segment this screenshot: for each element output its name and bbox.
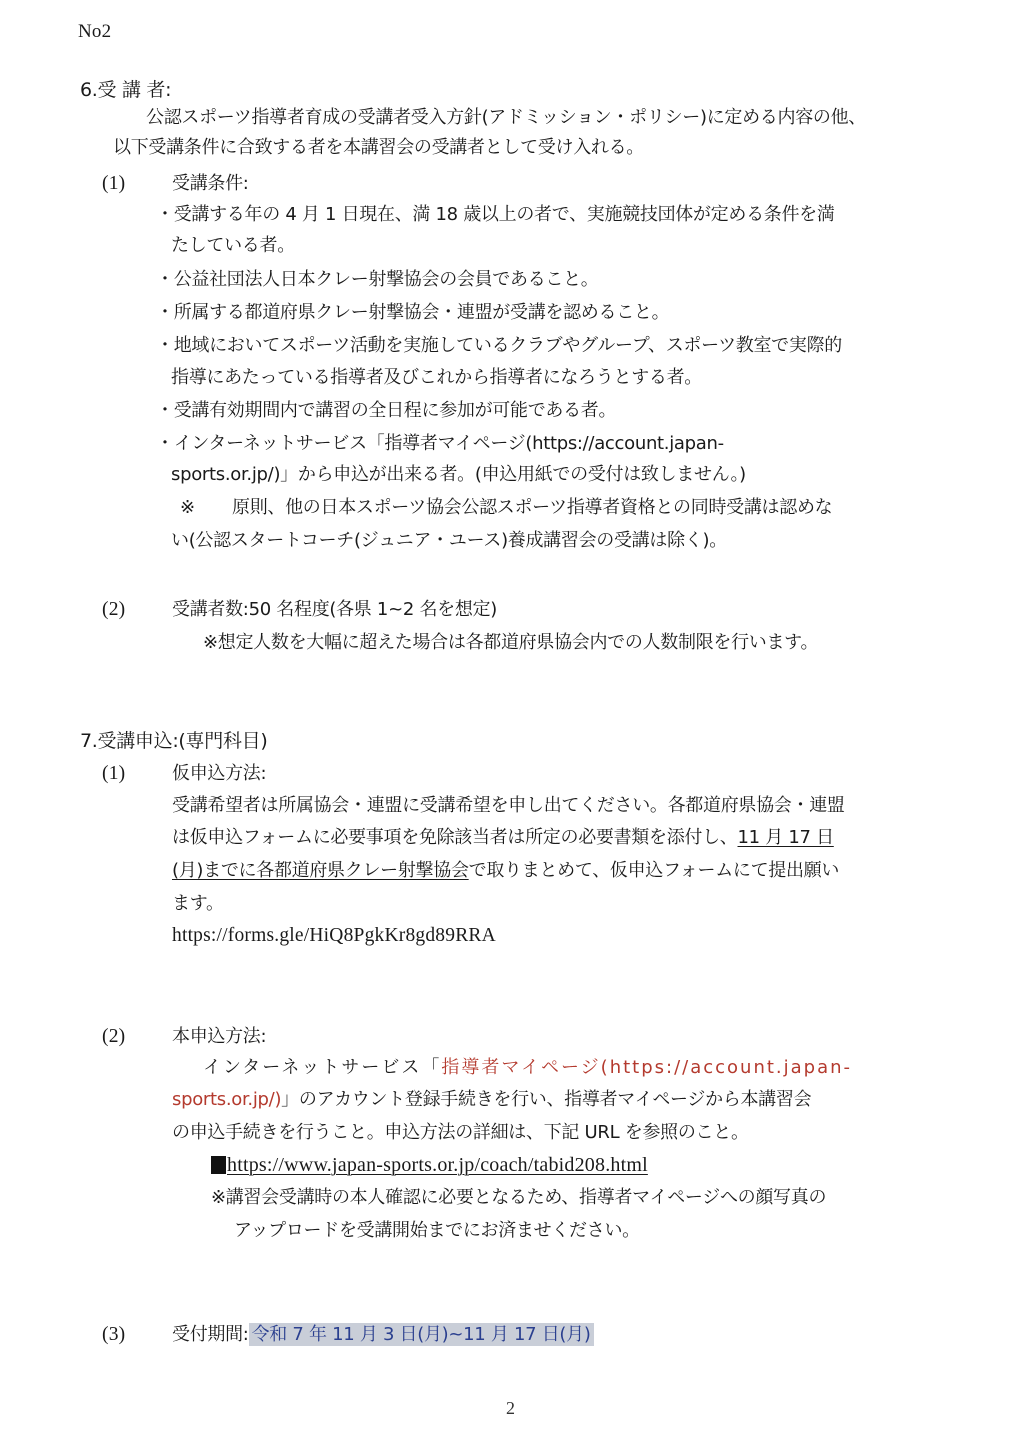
condition-line: ・受講する年の 4 月 1 日現在、満 18 歳以上の者で、実施競技団体が定める… <box>156 201 835 229</box>
coach-url-link[interactable]: https://www.japan-sports.or.jp/coach/tab… <box>227 1154 648 1176</box>
page-number: 2 <box>506 1398 515 1419</box>
section-7-sub2-number: (2) <box>102 1023 125 1051</box>
mypage-link-part1[interactable]: 指導者マイページ(https://account.japan- <box>441 1057 852 1078</box>
section-6-heading: 6.受 講 者: <box>80 76 171 104</box>
provisional-line2-text: は仮申込フォームに必要事項を免除該当者は所定の必要書類を添付し、 <box>172 827 738 848</box>
section-6-intro-line2: 以下受講条件に合致する者を本講習会の受講者として受け入れる。 <box>113 134 644 162</box>
section-6-sub2-number: (2) <box>102 596 125 624</box>
condition-line: たしている者。 <box>171 232 295 260</box>
section-6-sub2-note: ※想定人数を大幅に超えた場合は各都道府県協会内での人数制限を行います。 <box>203 629 818 657</box>
section-7-sub3-number: (3) <box>102 1321 125 1349</box>
condition-line: sports.or.jp/)」から申込が出来る者。(申込用紙での受付は致しません… <box>171 461 746 489</box>
provisional-line3: (月)までに各都道府県クレー射撃協会で取りまとめて、仮申込フォームにて提出願い <box>172 857 839 885</box>
provisional-line2: は仮申込フォームに必要事項を免除該当者は所定の必要書類を添付し、11 月 17 … <box>172 824 834 852</box>
provisional-line1: 受講希望者は所属協会・連盟に受講希望を申し出てください。各都道府県協会・連盟 <box>172 792 845 820</box>
black-square-bullet-icon <box>211 1156 226 1174</box>
reception-period-label: 受付期間: <box>172 1324 249 1345</box>
section-6-sub2-title: 受講者数:50 名程度(各県 1~2 名を想定) <box>172 596 497 624</box>
section-7-sub3-row: 受付期間:令和 7 年 11 月 3 日(月)~11 月 17 日(月) <box>172 1321 594 1349</box>
section-7-heading: 7.受講申込:(専門科目) <box>80 727 267 755</box>
condition-line: ・公益社団法人日本クレー射撃協会の会員であること。 <box>156 266 599 294</box>
section-6-sub1-number: (1) <box>102 170 125 198</box>
provisional-line3-text: で取りまとめて、仮申込フォームにて提出願い <box>469 860 839 881</box>
condition-line: ・地域においてスポーツ活動を実施しているクラブやグループ、スポーツ教室で実際的 <box>156 332 842 360</box>
note-line2: い(公認スタートコーチ(ジュニア・ユース)養成講習会の受講は除く)。 <box>171 527 727 555</box>
section-7-sub1-title: 仮申込方法: <box>172 760 266 788</box>
section-6-sub1-title: 受講条件: <box>172 170 249 198</box>
note-line1: 原則、他の日本スポーツ協会公認スポーツ指導者資格との同時受講は認めな <box>232 494 832 522</box>
deadline-note: (月)までに各都道府県クレー射撃協会 <box>172 860 469 881</box>
condition-line: ・受講有効期間内で講習の全日程に参加が可能である者。 <box>156 397 616 425</box>
section-7-sub1-number: (1) <box>102 760 125 788</box>
main-apply-line1: インターネットサービス「指導者マイページ(https://account.jap… <box>203 1054 852 1082</box>
photo-note-line1: ※講習会受講時の本人確認に必要となるため、指導者マイページへの顔写真の <box>211 1184 826 1212</box>
reception-period-value: 令和 7 年 11 月 3 日(月)~11 月 17 日(月) <box>249 1323 594 1346</box>
main-apply-line2-text: 」のアカウント登録手続きを行い、指導者マイページから本講習会 <box>281 1089 811 1110</box>
page-label: No2 <box>78 18 111 46</box>
condition-line: ・インターネットサービス「指導者マイページ(https://account.ja… <box>156 430 724 458</box>
photo-note-line2: アップロードを受講開始までにお済ませください。 <box>234 1217 640 1245</box>
coach-url-row: https://www.japan-sports.or.jp/coach/tab… <box>211 1151 648 1179</box>
provisional-line4: ます。 <box>172 890 224 918</box>
main-apply-line1-text: インターネットサービス「 <box>203 1057 441 1078</box>
deadline-date: 11 月 17 日 <box>738 827 834 848</box>
form-url-link[interactable]: https://forms.gle/HiQ8PgkKr8gd89RRA <box>172 922 496 950</box>
main-apply-line2: sports.or.jp/)」のアカウント登録手続きを行い、指導者マイページから… <box>172 1086 811 1114</box>
section-7-sub2-title: 本申込方法: <box>172 1023 266 1051</box>
note-mark: ※ <box>180 494 195 522</box>
document-page: No2 6.受 講 者: 公認スポーツ指導者育成の受講者受入方針(アドミッション… <box>0 0 1024 1448</box>
section-6-intro-line1: 公認スポーツ指導者育成の受講者受入方針(アドミッション・ポリシー)に定める内容の… <box>146 104 866 132</box>
condition-line: 指導にあたっている指導者及びこれから指導者になろうとする者。 <box>171 364 702 392</box>
condition-line: ・所属する都道府県クレー射撃協会・連盟が受講を認めること。 <box>156 299 669 327</box>
mypage-link-part2[interactable]: sports.or.jp/) <box>172 1089 281 1110</box>
main-apply-line3: の申込手続きを行うこと。申込方法の詳細は、下記 URL を参照のこと。 <box>172 1119 749 1147</box>
